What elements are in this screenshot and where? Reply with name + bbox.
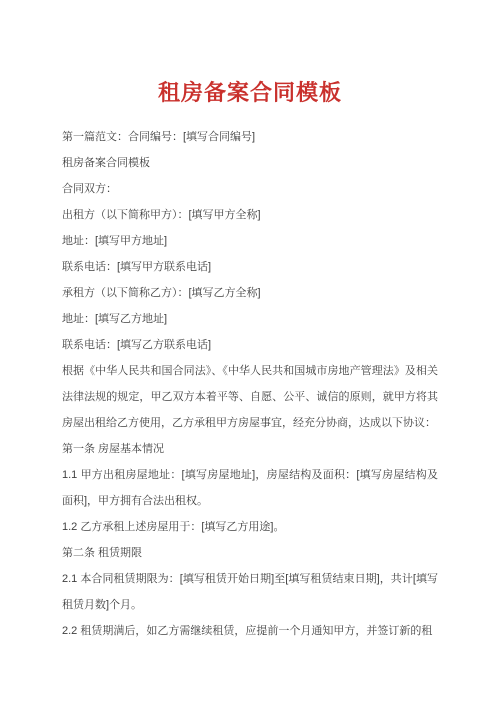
clause-1-1: 1.1 甲方出租房屋地址：[填写房屋地址]，房屋结构及面积：[填写房屋结构及面积… <box>62 462 438 514</box>
clause-2-2-truncated: 2.2 租赁期满后，如乙方需继续租赁，应提前一个月通知甲方，并签订新的租 <box>62 618 438 644</box>
clause-1-2: 1.2 乙方承租上述房屋用于：[填写乙方用途]。 <box>62 514 438 540</box>
landlord-address-line: 地址：[填写甲方地址] <box>62 228 438 254</box>
tenant-name-line: 承租方（以下简称乙方）：[填写乙方全称] <box>62 280 438 306</box>
page-title: 租房备案合同模板 <box>62 78 438 108</box>
landlord-name-line: 出租方（以下简称甲方）：[填写甲方全称] <box>62 202 438 228</box>
document-subtitle: 租房备案合同模板 <box>62 150 438 176</box>
tenant-phone-line: 联系电话：[填写乙方联系电话] <box>62 332 438 358</box>
contract-number-line: 第一篇范文：合同编号：[填写合同编号] <box>62 124 438 150</box>
article-1-heading: 第一条 房屋基本情况 <box>62 436 438 462</box>
article-2-heading: 第二条 租赁期限 <box>62 540 438 566</box>
document-page: 租房备案合同模板 第一篇范文：合同编号：[填写合同编号] 租房备案合同模板 合同… <box>0 0 500 707</box>
document-body: 第一篇范文：合同编号：[填写合同编号] 租房备案合同模板 合同双方： 出租方（以… <box>62 124 438 644</box>
landlord-phone-line: 联系电话：[填写甲方联系电话] <box>62 254 438 280</box>
tenant-address-line: 地址：[填写乙方地址] <box>62 306 438 332</box>
parties-label: 合同双方： <box>62 176 438 202</box>
preamble-paragraph: 根据《中华人民共和国合同法》、《中华人民共和国城市房地产管理法》及相关法律法规的… <box>62 358 438 436</box>
clause-2-1: 2.1 本合同租赁期限为：[填写租赁开始日期]至[填写租赁结束日期]，共计[填写… <box>62 566 438 618</box>
